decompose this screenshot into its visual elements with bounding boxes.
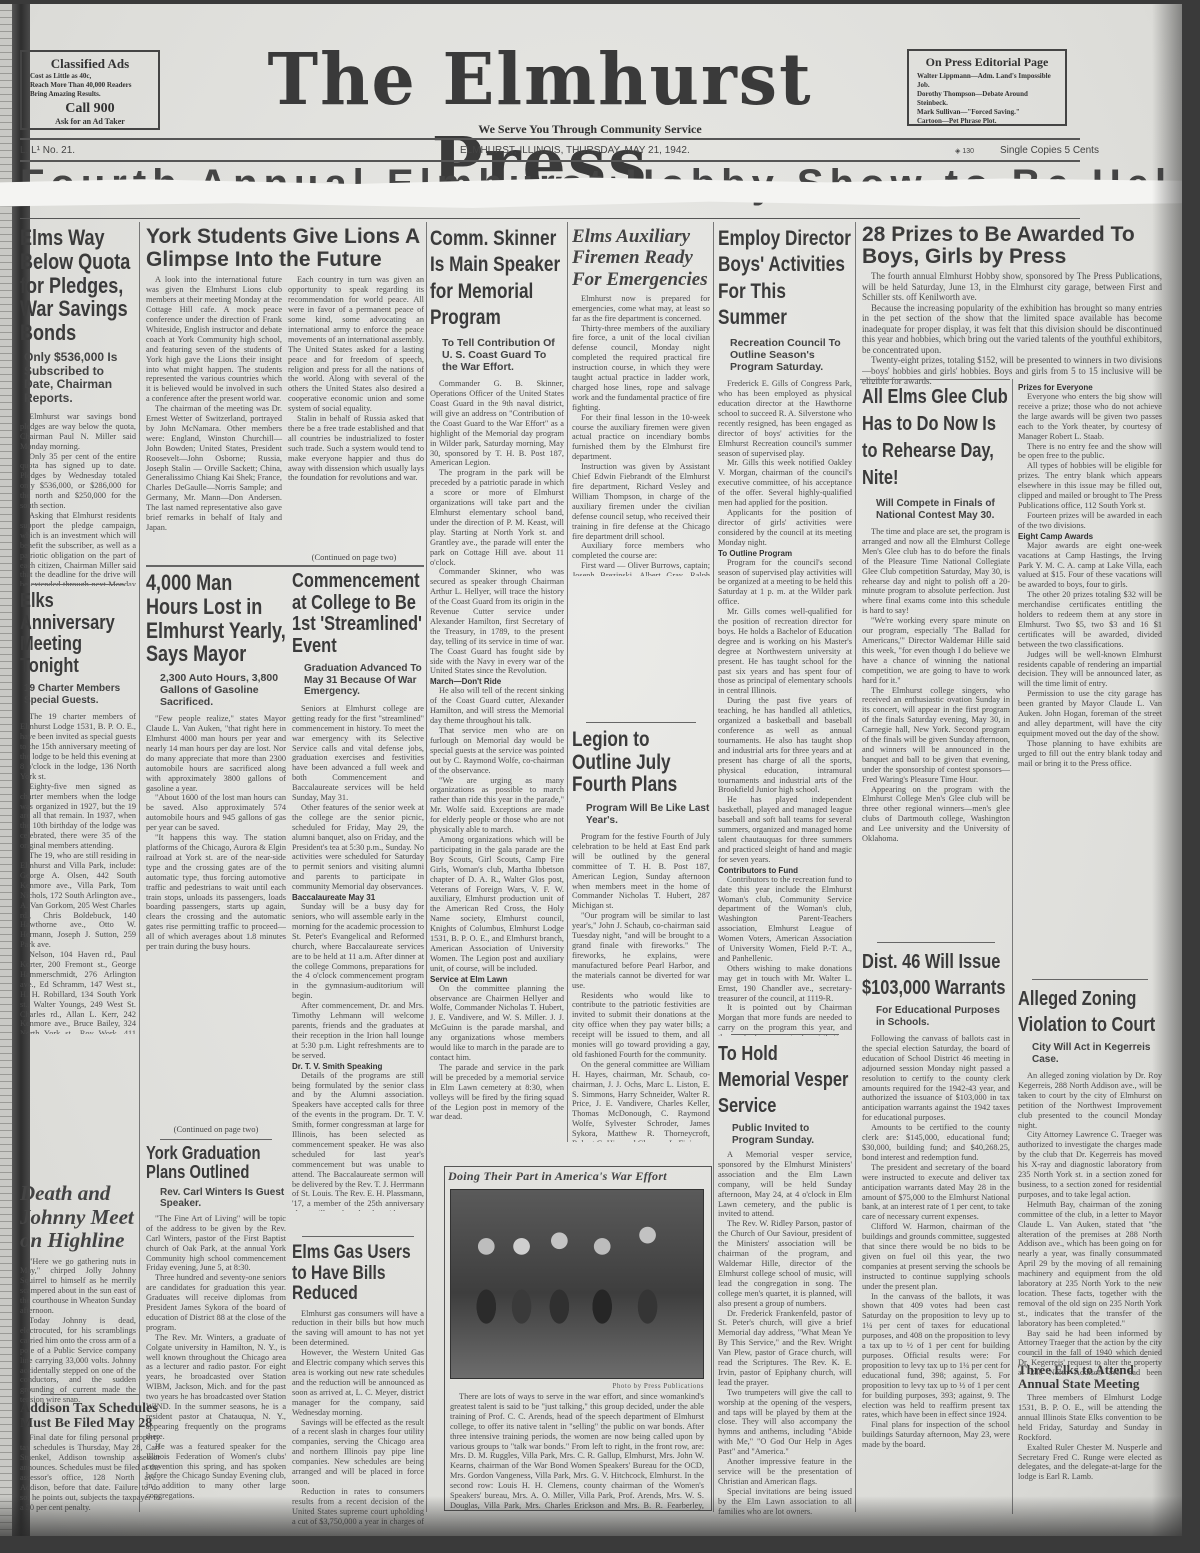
paragraph: In the canvass of the ballots, it was sh…	[862, 1292, 1010, 1421]
slogan: We Serve You Through Community Service	[380, 122, 800, 137]
paragraph: Those planning to have exhibits are urge…	[1018, 739, 1162, 769]
rule	[586, 722, 696, 723]
paragraph: Exalted Ruler Chester M. Nusperle and Se…	[1018, 1443, 1162, 1483]
headline: Elms Gas Users to Have Bills Reduced	[292, 1243, 424, 1305]
article-skinner: Comm. Skinner Is Main Speaker for Memori…	[430, 226, 564, 1136]
paragraph: The fourth annual Elmhurst Hobby show, s…	[862, 271, 1162, 303]
paragraph: "Here we go gathering nuts in May," chir…	[20, 1257, 136, 1316]
subhead: Eight Camp Awards	[1018, 532, 1162, 541]
article-body: Major awards are eight one-week vacation…	[1018, 541, 1162, 769]
paragraph: Mr. Gills comes well-qualified for the p…	[718, 607, 852, 696]
article-body: Program for the festive Fourth of July c…	[572, 832, 710, 1142]
paragraph: Following the canvass of ballots cast in…	[862, 1034, 1010, 1123]
headline: Comm. Skinner Is Main Speaker for Memori…	[430, 226, 564, 331]
rule	[1032, 1356, 1147, 1357]
headline: All Elms Glee Club Has to Do Now Is to R…	[862, 384, 1010, 492]
article-body: The 19 charter members of Elmhurst Lodge…	[20, 712, 136, 1034]
paragraph: First ward — Oliver Burrows, captain; Jo…	[572, 561, 710, 576]
article-body: Three members of Elmhurst Lodge 1531, B.…	[1018, 1393, 1162, 1482]
article-legion: Legion to Outline July Fourth Plans Prog…	[572, 722, 710, 1142]
paragraph: Others wishing to make donations may get…	[718, 964, 852, 1004]
ear-item: Cartoon—Pet Phrase Plot.	[917, 117, 1057, 126]
article-york-students: York Students Give Lions A Glimpse Into …	[146, 226, 424, 566]
paragraph: Asking that Elmhurst residents support t…	[20, 511, 136, 586]
deck: Recreation Council To Outline Season's P…	[730, 337, 852, 373]
paragraph: Instruction was given by Assistant Chief…	[572, 462, 710, 541]
headline: Employ Director Boys' Activities For Thi…	[718, 226, 852, 331]
paragraph: Elmhurst now is prepared for emergencies…	[572, 294, 710, 324]
headline: Dist. 46 Will Issue $103,000 Warrants	[862, 949, 1010, 1001]
paragraph: For their final lesson in the 10-week co…	[572, 413, 710, 463]
ear-call: Call 900	[30, 101, 150, 117]
subhead: To Outline Program	[718, 549, 852, 558]
paragraph: Details of the programs are still being …	[292, 1071, 424, 1211]
page-bottom-shadow	[0, 1496, 1182, 1536]
paragraph: Elmhurst gas consumers will have a reduc…	[292, 1309, 424, 1349]
rule	[877, 942, 995, 943]
article-man-hours: 4,000 Man Hours Lost in Elmhurst Yearly,…	[146, 571, 286, 951]
rule	[731, 1034, 838, 1035]
column-rule	[426, 222, 427, 1512]
headline: York Students Give Lions A Glimpse Into …	[146, 226, 424, 271]
paragraph: A Memorial vesper service, sponsored by …	[718, 1150, 852, 1219]
caption-text: There are lots of ways to serve in the w…	[450, 1392, 704, 1512]
paragraph: Dr. Frederick Frankenfeld, pastor of St.…	[718, 1309, 852, 1388]
deck: Will Compete in Finals of National Conte…	[876, 498, 1010, 521]
continued-note: (Continued on page two)	[284, 552, 424, 562]
article-body: Frederick E. Gills of Congress Park, who…	[718, 379, 852, 547]
article-body: An alleged zoning violation by Dr. Roy K…	[1018, 1071, 1162, 1379]
paragraph: It is pointed out by Chairman Morgan tha…	[718, 1003, 852, 1036]
paragraph: Program for the council's second season …	[718, 558, 852, 608]
dateline: ELMHURST, ILLINOIS, THURSDAY, MAY 21, 19…	[460, 145, 690, 156]
photo-caption: Photo by Press Publications There are lo…	[450, 1382, 704, 1512]
paragraph: He also will tell of the recent sinking …	[430, 686, 564, 726]
paragraph: City Attorney Lawrence C. Traeger was au…	[1018, 1130, 1162, 1199]
rule	[41, 1394, 139, 1395]
paragraph: The program in the park will be preceded…	[430, 468, 564, 567]
paragraph: Everyone who enters the big show will re…	[1018, 392, 1162, 442]
paragraph: Nelson, 104 Haven rd., Paul Korter, 200 …	[20, 950, 136, 1034]
paragraph: Judges will be well-known Elmhurst resid…	[1018, 650, 1162, 690]
paragraph: "Our program will be similar to last yea…	[572, 911, 710, 990]
article-body: Elmhurst now is prepared for emergencies…	[572, 294, 710, 576]
deck: 19 Charter Members Special Guests.	[24, 683, 136, 706]
paragraph: Permission to use the city garage has be…	[1018, 689, 1162, 739]
article-highline: Death and Johnny Meet on Highline "Here …	[20, 1182, 160, 1402]
headline: To Hold Memorial Vesper Service	[718, 1041, 852, 1119]
paragraph: "Few people realize," states Mayor Claud…	[146, 714, 286, 793]
subhead: Dr. T. V. Smith Speaking	[292, 1062, 424, 1071]
paragraph: The 19 charter members of Elmhurst Lodge…	[20, 712, 136, 781]
press-marker: ◈ 130	[955, 147, 974, 155]
deck: City Will Act in Kegerreis Case.	[1032, 1042, 1162, 1065]
paragraph: Applicants for the position of director …	[718, 508, 852, 548]
paragraph: Two trumpeters will give the call to wor…	[718, 1388, 852, 1457]
headline: Legion to Outline July Fourth Plans	[572, 729, 710, 797]
rule	[32, 584, 125, 585]
paragraph: The chairman of the meeting was Dr. Erne…	[146, 404, 282, 533]
article-body: Details of the programs are still being …	[292, 1071, 424, 1211]
ear-item: Walter Lippmann—Adm. Land's Impossible J…	[917, 72, 1057, 90]
paragraph: The Rev. Mr. Winters, a graduate of Colg…	[146, 1333, 286, 1442]
paragraph: Program for the festive Fourth of July c…	[572, 832, 710, 911]
paragraph: "About 1600 of the lost man hours can be…	[146, 793, 286, 833]
article-body: Sunday will be a busy day for seniors, w…	[292, 902, 424, 1061]
paragraph: "It happens this way. The station platfo…	[146, 833, 286, 951]
paragraph: Other features of the senior week at the…	[292, 803, 424, 892]
classified-ads-ear: Classified Ads Cost as Little as 40c, Re…	[20, 50, 160, 130]
union-bug-icon: ◈	[955, 148, 960, 155]
ear-title: Classified Ads	[30, 56, 150, 72]
paragraph: Elmhurst war savings bond pledges are wa…	[20, 412, 136, 452]
deck: For Educational Purposes in Schools.	[876, 1005, 1010, 1028]
article-body: "Few people realize," states Mayor Claud…	[146, 714, 286, 951]
paragraph: Eighty-five men signed as charter member…	[20, 782, 136, 851]
deck: Rev. Carl Winters Is Guest Speaker.	[160, 1187, 286, 1210]
subhead: Prizes for Everyone	[1018, 383, 1162, 392]
article-body: Seniors at Elmhurst college are getting …	[292, 704, 424, 892]
article-zoning: Alleged Zoning Violation to Court City W…	[1018, 979, 1162, 1379]
editorial-page-ear: On Press Editorial Page Walter Lippmann—…	[907, 49, 1067, 126]
headline: 28 Prizes to Be Awarded To Boys, Girls b…	[862, 224, 1162, 268]
paragraph: The president and secretary of the board…	[862, 1163, 1010, 1222]
deck: Public Invited to Program Sunday.	[732, 1123, 852, 1146]
headline: 4,000 Man Hours Lost in Elmhurst Yearly,…	[146, 571, 286, 666]
paragraph: However, the Western United Gas and Elec…	[292, 1348, 424, 1417]
photo-credit: Photo by Press Publications	[450, 1382, 704, 1390]
subhead: Contributors to Fund	[718, 866, 852, 875]
paragraph: The other 20 prizes totaling $32 will be…	[1018, 590, 1162, 649]
paragraph: Three hundred and seventy-one seniors ar…	[146, 1273, 286, 1332]
headline: Addison Tax Schedules Must Be Filed May …	[20, 1401, 160, 1431]
deck: Program Will Be Like Last Year's.	[586, 803, 710, 826]
article-body: The time and place are set, the program …	[862, 527, 1010, 844]
page-edge-shadow	[1152, 4, 1182, 1536]
paragraph: The 19, who are still residing in Elmhur…	[20, 851, 136, 950]
article-three-elks: Three Elks to Attend Annual State Meetin…	[1018, 1356, 1162, 1496]
torn-strip	[0, 176, 1182, 208]
article-body: The fourth annual Elmhurst Hobby show, s…	[862, 271, 1162, 384]
article-prizes: 28 Prizes to Be Awarded To Boys, Girls b…	[862, 224, 1162, 384]
article-body: "The Fine Art of Living" will be topic o…	[146, 1214, 286, 1501]
column-rule	[713, 222, 714, 1512]
paragraph: Today Johnny is dead, electrocuted, for …	[20, 1316, 136, 1402]
paragraph: Contributors to the recreation fund to d…	[718, 875, 852, 964]
paragraph: That service men who are on furlough on …	[430, 726, 564, 776]
article-prizes-continued: Prizes for Everyone Everyone who enters …	[1018, 382, 1162, 972]
paragraph: Each country in turn was given an opport…	[288, 275, 424, 414]
paragraph: Mr. Gills this week notified Oakley V. M…	[718, 458, 852, 508]
paragraph: "We're working every spare minute on our…	[862, 616, 1010, 685]
headline: Elms Auxiliary Firemen Ready For Emergen…	[572, 226, 710, 290]
ear-item: Dorothy Thompson—Debate Around Steinbeck…	[917, 90, 1057, 108]
rule	[146, 565, 424, 567]
paragraph: On the general committee are William H. …	[572, 1060, 710, 1142]
paragraph: All types of hobbies will be eligible fo…	[1018, 461, 1162, 511]
paragraph: After commencement, Dr. and Mrs. Timothy…	[292, 1001, 424, 1060]
article-body: Contributors to the recreation fund to d…	[718, 875, 852, 1036]
ear-title: On Press Editorial Page	[917, 55, 1057, 70]
headline: Doing Their Part in America's War Effort	[448, 1170, 710, 1183]
group-photo	[450, 1189, 704, 1379]
ear-line: Cost as Little as 40c,	[30, 72, 150, 81]
column-rule	[855, 222, 856, 1512]
article-commencement: Commencement at College to Be 1st 'Strea…	[292, 571, 424, 1211]
article-body: He also will tell of the recent sinking …	[430, 686, 564, 973]
previous-page-edge	[0, 4, 12, 1536]
article-body: Everyone who enters the big show will re…	[1018, 392, 1162, 531]
ear-sub: Ask for an Ad Taker	[30, 117, 150, 126]
paragraph: Commander Skinner, who was secured as sp…	[430, 567, 564, 676]
paragraph: Sunday will be a busy day for seniors, w…	[292, 902, 424, 1001]
article-body: Program for the council's second season …	[718, 558, 852, 865]
paragraph: On the committee planning the observance…	[430, 984, 564, 1063]
paragraph: "The Fine Art of Living" will be topic o…	[146, 1214, 286, 1273]
article-bonds: Elms Way Below Quota for Pledges, War Sa…	[20, 226, 136, 586]
subhead: March—Don't Ride	[430, 677, 564, 686]
article-gas-bills: Elms Gas Users to Have Bills Reduced Elm…	[292, 1236, 424, 1526]
paragraph: Savings will be effected as the result o…	[292, 1418, 424, 1487]
article-body: A look into the international future was…	[146, 275, 282, 533]
article-body: "Here we go gathering nuts in May," chir…	[20, 1257, 136, 1402]
paragraph: Auxiliary force members who completed th…	[572, 541, 710, 561]
paragraph: Frederick E. Gills of Congress Park, who…	[718, 379, 852, 458]
deck: Only $536,000 Is Subscribed to Date, Cha…	[24, 351, 136, 406]
paragraph: Seniors at Elmhurst college are getting …	[292, 704, 424, 803]
headline: Alleged Zoning Violation to Court	[1018, 986, 1162, 1038]
paragraph: An alleged zoning violation by Dr. Roy K…	[1018, 1071, 1162, 1130]
paragraph: The time and place are set, the program …	[862, 527, 1010, 616]
article-york-graduation: York Graduation Plans Outlined Rev. Carl…	[146, 1139, 286, 1519]
headline: York Graduation Plans Outlined	[146, 1144, 286, 1183]
rule	[302, 1236, 414, 1237]
newspaper-page: Classified Ads Cost as Little as 40c, Re…	[0, 4, 1182, 1536]
deck: To Tell Contribution Of U. S. Coast Guar…	[442, 337, 564, 373]
headline: Elks Anniversary Meeting Tonight	[20, 591, 136, 677]
rule	[20, 138, 1080, 140]
ear-item: Mark Sullivan—"Forced Saving."	[917, 108, 1057, 117]
headline: Commencement at College to Be 1st 'Strea…	[292, 571, 424, 657]
article-vesper: To Hold Memorial Vesper Service Public I…	[718, 1034, 852, 1514]
paragraph: Helmuth Bay, chairman of the zoning comm…	[1018, 1200, 1162, 1329]
paragraph: Appearing on the program with the Elmhur…	[862, 785, 1010, 844]
paragraph: Fourteen prizes will be awarded in each …	[1018, 511, 1162, 531]
article-body: On the committee planning the observance…	[430, 984, 564, 1123]
paragraph: Major awards are eight one-week vacation…	[1018, 541, 1162, 591]
paragraph: He was a featured speaker for the Illino…	[146, 1442, 286, 1501]
paragraph: Only 35 per cent of the entire quota has…	[20, 452, 136, 511]
price: Single Copies 5 Cents	[1000, 145, 1099, 156]
article-body: Commander G. B. Skinner, Operations Offi…	[430, 379, 564, 676]
headline: Death and Johnny Meet on Highline	[20, 1182, 160, 1253]
continued-note: (Continued on page two)	[146, 1124, 286, 1134]
paragraph: The parade and service in the park will …	[430, 1063, 564, 1122]
paragraph: Amounts to be certified to the county cl…	[862, 1123, 1010, 1163]
paragraph: Stalin in behalf of Russia asked that th…	[288, 414, 424, 483]
article-glee-club: All Elms Glee Club Has to Do Now Is to R…	[862, 384, 1010, 844]
article-body: Elmhurst gas consumers will have a reduc…	[292, 1309, 424, 1526]
paragraph: Clifford W. Harmon, chairman of the buil…	[862, 1222, 1010, 1291]
ear-line: Reach More Than 40,000 Readers	[30, 81, 150, 90]
rule	[20, 218, 1080, 219]
volume-number: L. L¹ No. 21.	[20, 145, 75, 156]
article-director: Employ Director Boys' Activities For Thi…	[718, 226, 852, 1036]
press-marker-number: 130	[962, 148, 974, 155]
article-body: Each country in turn was given an opport…	[288, 275, 424, 483]
column-rule	[567, 222, 568, 1142]
paragraph: Residents who would like to contribute t…	[572, 991, 710, 1060]
paragraph: Final plans for inspection of the school…	[862, 1420, 1010, 1450]
paragraph: Among organizations which will be partic…	[430, 835, 564, 974]
paragraph: Thirty-three members of the auxiliary fi…	[572, 324, 710, 413]
paragraph: A look into the international future was…	[146, 275, 282, 404]
rule	[160, 1139, 272, 1140]
article-warrants: Dist. 46 Will Issue $103,000 Warrants Fo…	[862, 942, 1010, 1517]
paragraph: Three members of Elmhurst Lodge 1531, B.…	[1018, 1393, 1162, 1443]
paragraph: There is no entry fee and the show will …	[1018, 442, 1162, 462]
article-firemen: Elms Auxiliary Firemen Ready For Emergen…	[572, 226, 710, 576]
article-body: A Memorial vesper service, sponsored by …	[718, 1150, 852, 1514]
paragraph: He has played independent basketball, pl…	[718, 795, 852, 864]
article-body: Elmhurst war savings bond pledges are wa…	[20, 412, 136, 586]
paragraph: The Elmhurst college singers, who receiv…	[862, 686, 1010, 785]
rule	[1032, 979, 1147, 980]
paragraph: "We are urging as many organizations as …	[430, 776, 564, 835]
deck: 2,300 Auto Hours, 3,800 Gallons of Gasol…	[160, 672, 286, 708]
rule	[860, 379, 1010, 382]
subhead: Baccalaureate May 31	[292, 893, 424, 902]
paragraph: The Rev. W. Ridley Parson, pastor of the…	[718, 1219, 852, 1308]
headline: Three Elks to Attend Annual State Meetin…	[1018, 1363, 1162, 1391]
paragraph: Another impressive feature in the servic…	[718, 1457, 852, 1487]
paragraph: Because the increasing popularity of the…	[862, 303, 1162, 356]
subhead: Service at Elm Lawn	[430, 975, 564, 984]
ear-line: Bring Amazing Results.	[30, 90, 150, 99]
deck: Graduation Advanced To May 31 Because Of…	[304, 663, 424, 698]
paragraph: Commander G. B. Skinner, Operations Offi…	[430, 379, 564, 468]
article-elks-anniversary: Elks Anniversary Meeting Tonight 19 Char…	[20, 584, 136, 1034]
paragraph: During the past five years of teaching, …	[718, 696, 852, 795]
article-body: Following the canvass of ballots cast in…	[862, 1034, 1010, 1450]
column-rule	[1012, 379, 1013, 1514]
headline: Elms Way Below Quota for Pledges, War Sa…	[20, 226, 136, 345]
